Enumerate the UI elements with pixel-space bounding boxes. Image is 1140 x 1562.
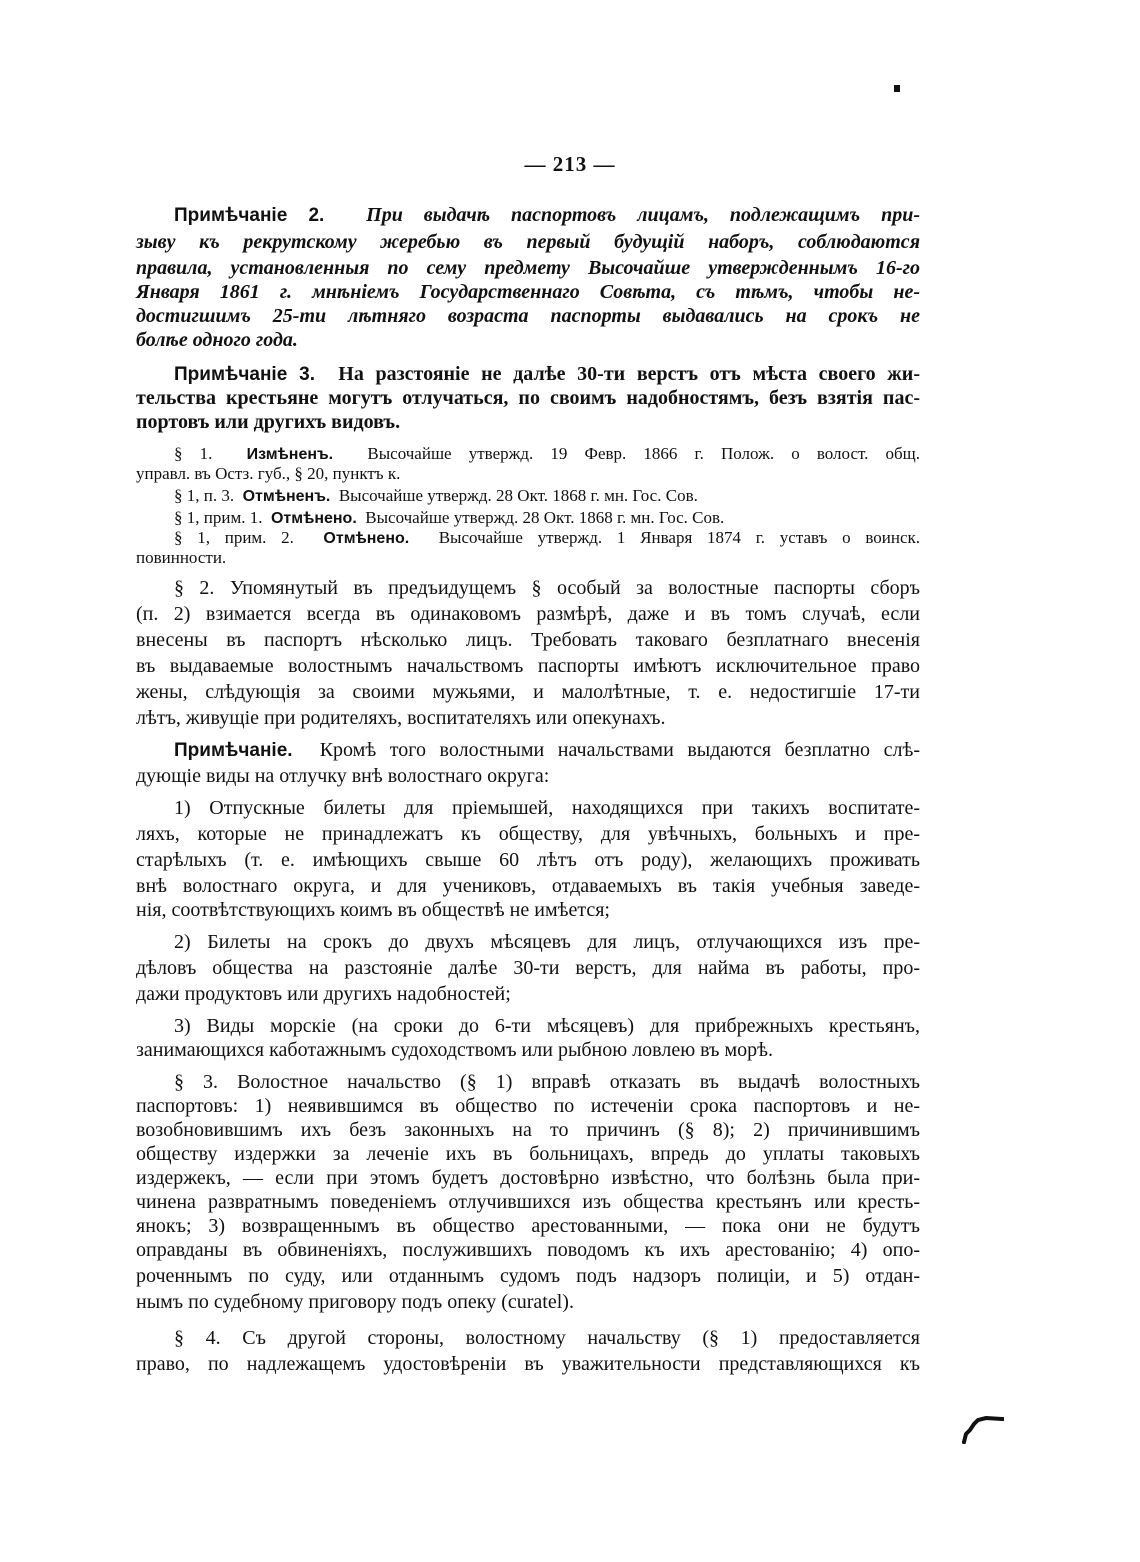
amendment-status: Отмѣнено. bbox=[323, 530, 409, 547]
amendment-status: Отмѣненъ. bbox=[243, 488, 331, 505]
note-s2-line-1: дующіе виды на отлучку внѣ волостнаго ок… bbox=[136, 764, 920, 788]
section-3-line: роченнымъ по суду, или отданнымъ судомъ … bbox=[136, 1264, 920, 1288]
document-page: — 213 — Примѣчаніе 2. При выдачѣ паспорт… bbox=[0, 0, 1140, 1562]
item-1-line: внѣ волостнаго округа, и для учениковъ, … bbox=[136, 874, 920, 898]
note-2-line-1: зыву къ рекрутскому жеребью въ первый бу… bbox=[136, 230, 920, 254]
amendment-status: Отмѣнено. bbox=[271, 510, 357, 527]
note-2-line-2: правила, установленныя по сему предмету … bbox=[136, 256, 920, 280]
note-2-line-0: Примѣчаніе 2. При выдачѣ паспортовъ лица… bbox=[174, 203, 920, 228]
section-3-line: издержекъ, — если при этомъ будетъ досто… bbox=[136, 1166, 920, 1190]
page-number: — 213 — bbox=[0, 152, 1140, 177]
item-3-line: занимающихся каботажнымъ судоходствомъ и… bbox=[136, 1038, 920, 1062]
item-2-line: дѣловъ общества на разстояніе далѣе 30-т… bbox=[136, 956, 920, 980]
note-2-line-5: болѣе одного года. bbox=[136, 328, 920, 352]
item-2-line: дажи продуктовъ или другихъ надобностей; bbox=[136, 982, 920, 1006]
section-3-line: оправданы въ обвиненіяхъ, послужившихъ п… bbox=[136, 1238, 920, 1262]
amendment-row-cont: повинности. bbox=[136, 546, 920, 570]
section-4-line: § 4. Съ другой стороны, волостному начал… bbox=[174, 1326, 920, 1350]
note-2-label: Примѣчаніе 2. bbox=[174, 205, 324, 226]
section-2-line: въ выдаваемые волостнымъ начальствомъ па… bbox=[136, 654, 920, 678]
note-s2-label: Примѣчаніе. bbox=[174, 740, 293, 761]
scan-speck-mark bbox=[894, 85, 900, 92]
item-1-line: 1) Отпускные билеты для пріемышей, наход… bbox=[174, 796, 920, 820]
scan-hook-mark bbox=[962, 1416, 1004, 1444]
section-2-line: жены, слѣдующія за своими мужьями, и мал… bbox=[136, 680, 920, 704]
section-3-line: янокъ; 3) возвращеннымъ въ общество арес… bbox=[136, 1214, 920, 1238]
item-3-line: 3) Виды морскіе (на сроки до 6-ти мѣсяце… bbox=[174, 1014, 920, 1038]
amendment-status: Измѣненъ. bbox=[247, 446, 333, 463]
section-3-line: нымъ по судебному приговору подъ опеку (… bbox=[136, 1290, 920, 1314]
section-2-line: лѣтъ, живущіе при родителяхъ, воспитател… bbox=[136, 706, 920, 730]
note-3-line-1: тельства крестьяне могутъ отлучаться, по… bbox=[136, 386, 920, 410]
section-3-line: чинена развратнымъ поведеніемъ отлучивши… bbox=[136, 1190, 920, 1214]
item-1-line: старѣлыхъ (т. е. имѣющихъ свыше 60 лѣтъ … bbox=[136, 848, 920, 872]
section-2-line: § 2. Упомянутый въ предъидущемъ § особый… bbox=[174, 576, 920, 600]
section-2-line: внесены въ паспортъ нѣсколько лицъ. Треб… bbox=[136, 628, 920, 652]
item-1-line: ляхъ, которые не принадлежатъ къ обществ… bbox=[136, 822, 920, 846]
item-2-line: 2) Билеты на срокъ до двухъ мѣсяцевъ для… bbox=[174, 930, 920, 954]
amendment-row-cont: управл. въ Остз. губ., § 20, пунктъ к. bbox=[136, 462, 920, 486]
note-3-line-0: Примѣчаніе 3. На разстояніе не далѣе 30-… bbox=[174, 362, 920, 387]
section-2-line: (п. 2) взимается всегда въ одинаковомъ р… bbox=[136, 602, 920, 626]
note-3-line-2: портовъ или другихъ видовъ. bbox=[136, 410, 920, 434]
section-3-line: § 3. Волостное начальство (§ 1) вправѣ о… bbox=[174, 1070, 920, 1094]
note-2-line-3: Января 1861 г. мнѣніемъ Государственнаго… bbox=[136, 280, 920, 304]
section-3-line: обществу издержки за леченіе ихъ въ боль… bbox=[136, 1142, 920, 1166]
section-3-line: паспортовъ: 1) неявившимся въ общество п… bbox=[136, 1094, 920, 1118]
note-s2-line-0: Примѣчаніе. Кромѣ того волостными началь… bbox=[174, 738, 920, 763]
note-3-label: Примѣчаніе 3. bbox=[174, 364, 315, 385]
section-4-line: право, по надлежащемъ удостовѣреніи въ у… bbox=[136, 1352, 920, 1376]
note-2-line-4: достигшимъ 25-ти лѣтняго возраста паспор… bbox=[136, 304, 920, 328]
item-1-line: нія, соотвѣтствующихъ коимъ въ обществѣ … bbox=[136, 898, 920, 922]
section-3-line: возобновившимъ ихъ безъ законныхъ на то … bbox=[136, 1118, 920, 1142]
